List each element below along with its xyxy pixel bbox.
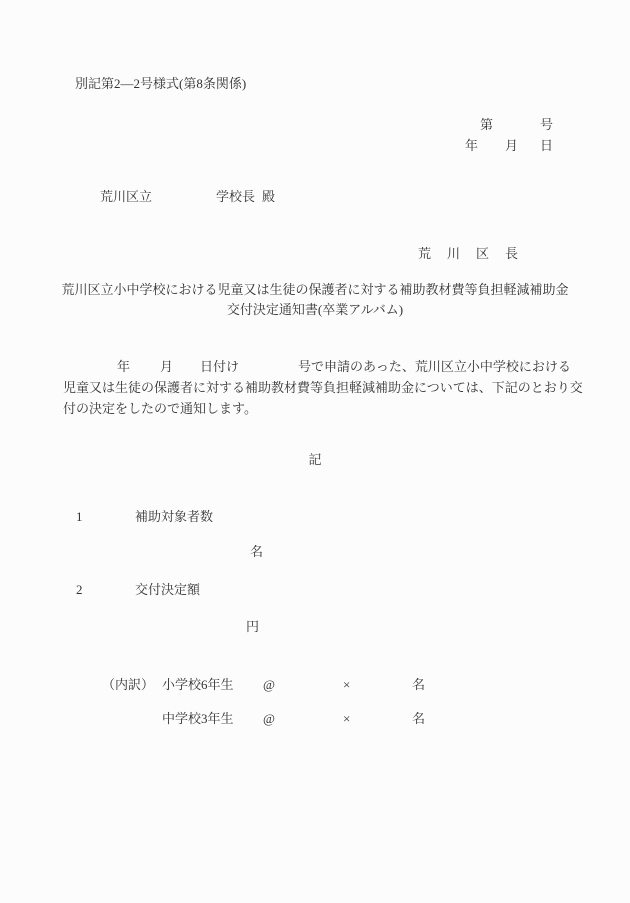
breakdown-row1-grade: 小学校6年生	[162, 678, 234, 691]
breakdown-row1-at-sign: @	[263, 678, 275, 691]
body-line1-rest: 号で申請のあった、荒川区立小中学校における	[298, 360, 571, 373]
form-number: 別記第2―2号様式(第8条関係)	[75, 77, 246, 90]
document-title-line1: 荒川区立小中学校における児童又は生徒の保護者に対する補助教材費等負担軽減補助金	[0, 283, 630, 296]
breakdown-row2-unit-label: 名	[412, 712, 425, 725]
body-line2: 児童又は生徒の保護者に対する補助教材費等負担軽減補助金については、下記のとおり交	[63, 381, 583, 394]
document-title-line2: 交付決定通知書(卒業アルバム)	[0, 303, 630, 316]
body-date-suffix-label: 日付け	[200, 360, 239, 373]
date-month-label: 月	[505, 139, 518, 152]
breakdown-row1-unit-label: 名	[412, 678, 425, 691]
breakdown-row1-multiply-sign: ×	[343, 678, 350, 691]
body-date-month-label: 月	[160, 360, 173, 373]
item2-label: 交付決定額	[135, 583, 200, 596]
addressee-title: 学校長	[216, 190, 255, 203]
date-day-label: 日	[540, 139, 553, 152]
item2-unit-label: 円	[246, 620, 259, 633]
item2-number: 2	[76, 583, 83, 596]
doc-number-suffix-label: 号	[540, 118, 553, 131]
record-marker: 記	[0, 453, 630, 466]
breakdown-row2-grade: 中学校3年生	[162, 712, 234, 725]
body-line3: 付の決定をしたので通知します。	[63, 402, 257, 415]
body-date-year-label: 年	[117, 360, 130, 373]
item1-unit-label: 名	[250, 545, 263, 558]
breakdown-row2-multiply-sign: ×	[343, 712, 350, 725]
item1-label: 補助対象者数	[135, 510, 213, 523]
item1-number: 1	[76, 510, 83, 523]
sender-name: 荒川区長	[418, 247, 534, 260]
date-year-label: 年	[465, 139, 478, 152]
breakdown-label: （内訳）	[102, 678, 154, 691]
breakdown-row2-at-sign: @	[263, 712, 275, 725]
addressee-org: 荒川区立	[100, 190, 152, 203]
addressee-honorific: 殿	[262, 190, 275, 203]
document-page: 別記第2―2号様式(第8条関係) 第 号 年 月 日 荒川区立 学校長 殿 荒川…	[0, 0, 630, 903]
doc-number-prefix-label: 第	[480, 118, 493, 131]
